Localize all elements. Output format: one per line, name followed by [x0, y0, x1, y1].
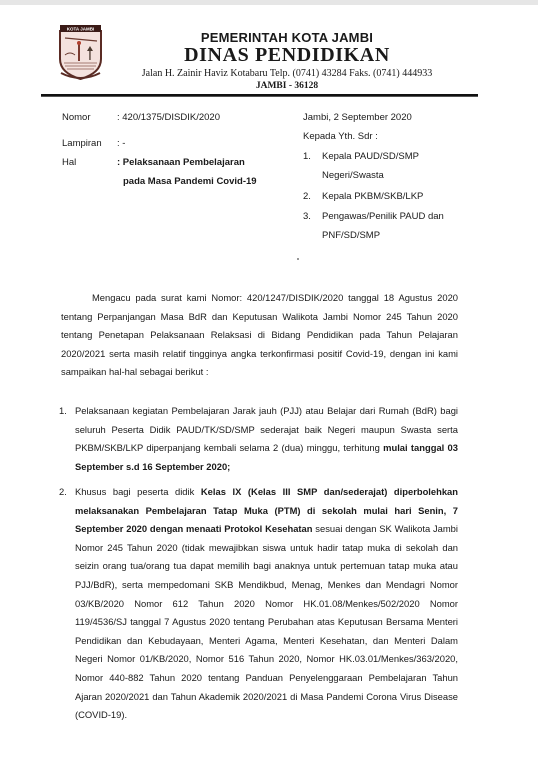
letterhead-city-postcode: JAMBI - 36128: [0, 81, 538, 91]
point-text: Pelaksanaan kegiatan Pembelajaran Jarak …: [75, 402, 458, 476]
place-date: Jambi, 2 September 2020: [303, 112, 412, 123]
hal-value-line2: pada Masa Pandemi Covid-19: [123, 176, 257, 187]
letterhead-agency: DINAS PENDIDIKAN: [0, 44, 538, 67]
lampiran-value: : -: [117, 138, 125, 149]
lampiran-label: Lampiran: [62, 138, 117, 149]
point-number: 2.: [59, 483, 67, 502]
point-2: 2. Khusus bagi peserta didik Kelas IX (K…: [75, 483, 458, 725]
letterhead-divider: [41, 94, 478, 97]
recipient-text: Kepala PAUD/SD/SMP: [322, 151, 419, 162]
point-1: 1. Pelaksanaan kegiatan Pembelajaran Jar…: [75, 402, 458, 476]
letterhead-address: Jalan H. Zainir Haviz Kotabaru Telp. (07…: [0, 68, 538, 79]
point-text-lead: Khusus bagi peserta didik: [75, 486, 201, 497]
recipient-text: Pengawas/Penilik PAUD dan: [322, 211, 444, 222]
nomor-value: : 420/1375/DISDIK/2020: [117, 112, 220, 123]
point-number: 1.: [59, 402, 67, 421]
hal-value-line1: : Pelaksanaan Pembelajaran: [117, 157, 245, 168]
point-text: Khusus bagi peserta didik Kelas IX (Kela…: [75, 483, 458, 725]
intro-paragraph: Mengacu pada surat kami Nomor: 420/1247/…: [61, 289, 458, 382]
recipient-text: Negeri/Swasta: [322, 170, 384, 181]
recipient-number: 3.: [303, 211, 311, 222]
nomor-label: Nomor: [62, 112, 117, 123]
recipient-number: 2.: [303, 191, 311, 202]
hal-label: Hal: [62, 157, 117, 168]
recipient-text: PNF/SD/SMP: [322, 230, 380, 241]
salutation: Kepada Yth. Sdr :: [303, 131, 378, 142]
letterhead: KOTA JAMBI PEMERINTAH KOTA JAMBI DINAS P…: [0, 0, 538, 100]
point-text-rest: sesuai dengan SK Walikota Jambi Nomor 24…: [75, 523, 458, 720]
letterhead-government: PEMERINTAH KOTA JAMBI: [0, 30, 538, 45]
scan-speck: [297, 258, 299, 260]
recipient-number: 1.: [303, 151, 311, 162]
recipient-text: Kepala PKBM/SKB/LKP: [322, 191, 423, 202]
